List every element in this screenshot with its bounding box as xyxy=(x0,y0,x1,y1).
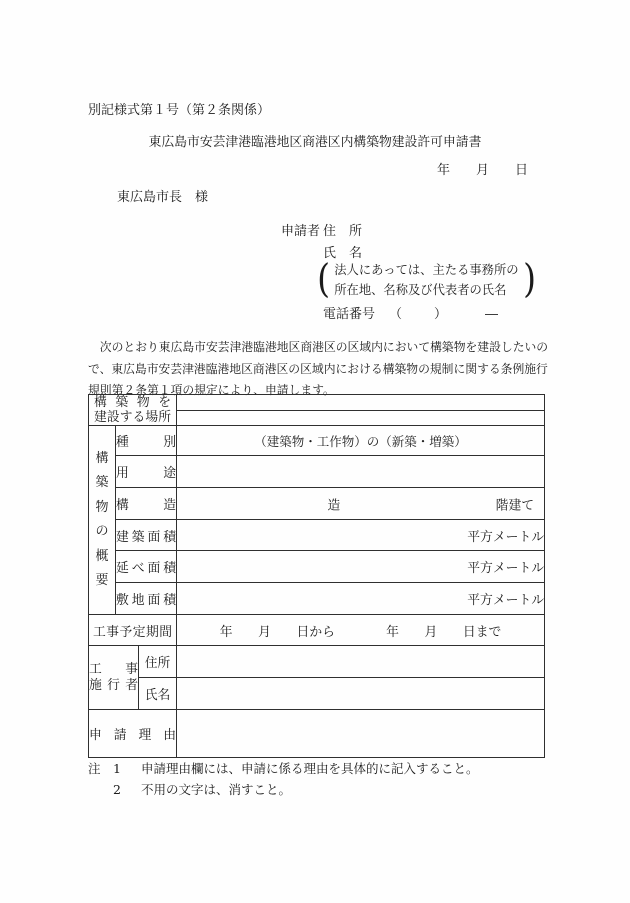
structure-value-cell: 造 階建て xyxy=(177,488,545,520)
corporate-note-line2: 所在地、名称及び代表者の氏名 xyxy=(334,280,518,300)
site-value-upper-cell xyxy=(177,395,545,411)
applicant-label: 申請者 xyxy=(281,224,320,240)
building-area-value-cell: 平方メートル xyxy=(177,520,545,551)
site-area-value-cell: 平方メートル xyxy=(177,583,545,615)
note-item: 2 不用の文字は、消すこと。 xyxy=(88,780,479,801)
site-label-line1: 構築物を xyxy=(94,395,171,410)
site-label-cell: 構築物を 建設する場所 xyxy=(89,395,177,426)
site-value-lower-cell xyxy=(177,411,545,426)
reason-value-cell xyxy=(177,710,545,758)
corporate-note-line1: 法人にあっては、主たる事務所の xyxy=(334,260,518,280)
site-label-line2: 建設する場所 xyxy=(94,410,171,425)
use-label: 用途 xyxy=(116,456,177,488)
applicant-address-label: 住 所 xyxy=(323,224,362,240)
outline-char: の xyxy=(95,520,108,545)
body-paragraph: 次のとおり東広島市安芸津港臨港地区商港区の区域内において構築物を建設したいの で… xyxy=(88,337,553,402)
notes-section: 注 1 申請理由欄には、申請に係る理由を具体的に記入すること。 2 不用の文字は… xyxy=(88,759,479,800)
period-value-cell: 年 月 日から 年 月 日まで xyxy=(177,615,545,646)
note-number: 2 xyxy=(113,780,141,801)
addressee: 東広島市長 様 xyxy=(117,190,208,206)
open-paren: ( xyxy=(317,258,330,302)
structure-zou-text: 造 xyxy=(328,494,341,513)
phone-paren-open: （ xyxy=(389,307,402,323)
outline-char: 概 xyxy=(95,545,108,570)
contractor-label-line2: 施行者 xyxy=(89,678,138,694)
contractor-label-line1: 工事 xyxy=(89,662,138,678)
application-table: 構築物を 建設する場所 構 築 物 の 概 要 xyxy=(88,394,545,758)
period-label: 工事予定期間 xyxy=(89,615,177,646)
floor-area-label: 延べ面積 xyxy=(116,551,177,583)
phone-label: 電話番号 xyxy=(323,307,375,323)
note-marker: 注 xyxy=(88,759,113,780)
type-label: 種別 xyxy=(116,426,177,456)
reason-label: 申請理由 xyxy=(89,710,177,758)
outline-vertical-label: 構 築 物 の 概 要 xyxy=(89,426,116,615)
outline-char: 要 xyxy=(95,569,108,594)
contractor-label-cell: 工事 施行者 xyxy=(89,646,139,710)
date-line: 年 月 日 xyxy=(437,163,528,179)
note-text: 不用の文字は、消すこと。 xyxy=(141,780,291,801)
contractor-name-label: 氏名 xyxy=(139,678,177,710)
phone-paren-close: ） xyxy=(434,307,447,323)
structure-label: 構造 xyxy=(116,488,177,520)
contractor-address-value-cell xyxy=(177,646,545,678)
note-number: 1 xyxy=(113,759,141,780)
close-paren: ) xyxy=(523,258,536,302)
note-text: 申請理由欄には、申請に係る理由を具体的に記入すること。 xyxy=(141,759,479,780)
application-form-page: 別記様式第１号（第２条関係） 東広島市安芸津港臨港地区商港区内構築物建設許可申請… xyxy=(0,0,630,903)
floor-area-value-cell: 平方メートル xyxy=(177,551,545,583)
outline-char: 築 xyxy=(95,471,108,496)
phone-dash: ― xyxy=(485,307,498,323)
contractor-address-label: 住所 xyxy=(139,646,177,678)
type-value-cell: （建築物・工作物）の（新築・増築） xyxy=(177,426,545,456)
contractor-name-value-cell xyxy=(177,678,545,710)
outline-char: 構 xyxy=(95,447,108,472)
building-area-label: 建築面積 xyxy=(116,520,177,551)
note-item: 注 1 申請理由欄には、申請に係る理由を具体的に記入すること。 xyxy=(88,759,479,780)
form-reference: 別記様式第１号（第２条関係） xyxy=(88,103,270,119)
document-title: 東広島市安芸津港臨港地区商港区内構築物建設許可申請書 xyxy=(0,131,630,150)
use-value-cell xyxy=(177,456,545,488)
outline-char: 物 xyxy=(95,496,108,521)
corporate-note: ( 法人にあっては、主たる事務所の 所在地、名称及び代表者の氏名 ) xyxy=(316,258,537,302)
site-area-label: 敷地面積 xyxy=(116,583,177,615)
structure-kaidate-text: 階建て xyxy=(496,494,534,513)
body-line: 次のとおり東広島市安芸津港臨港地区商港区の区域内において構築物を建設したいの xyxy=(88,337,553,359)
body-line: で、東広島市安芸津港臨港地区商港区の区域内における構築物の規制に関する条例施行 xyxy=(88,359,553,381)
